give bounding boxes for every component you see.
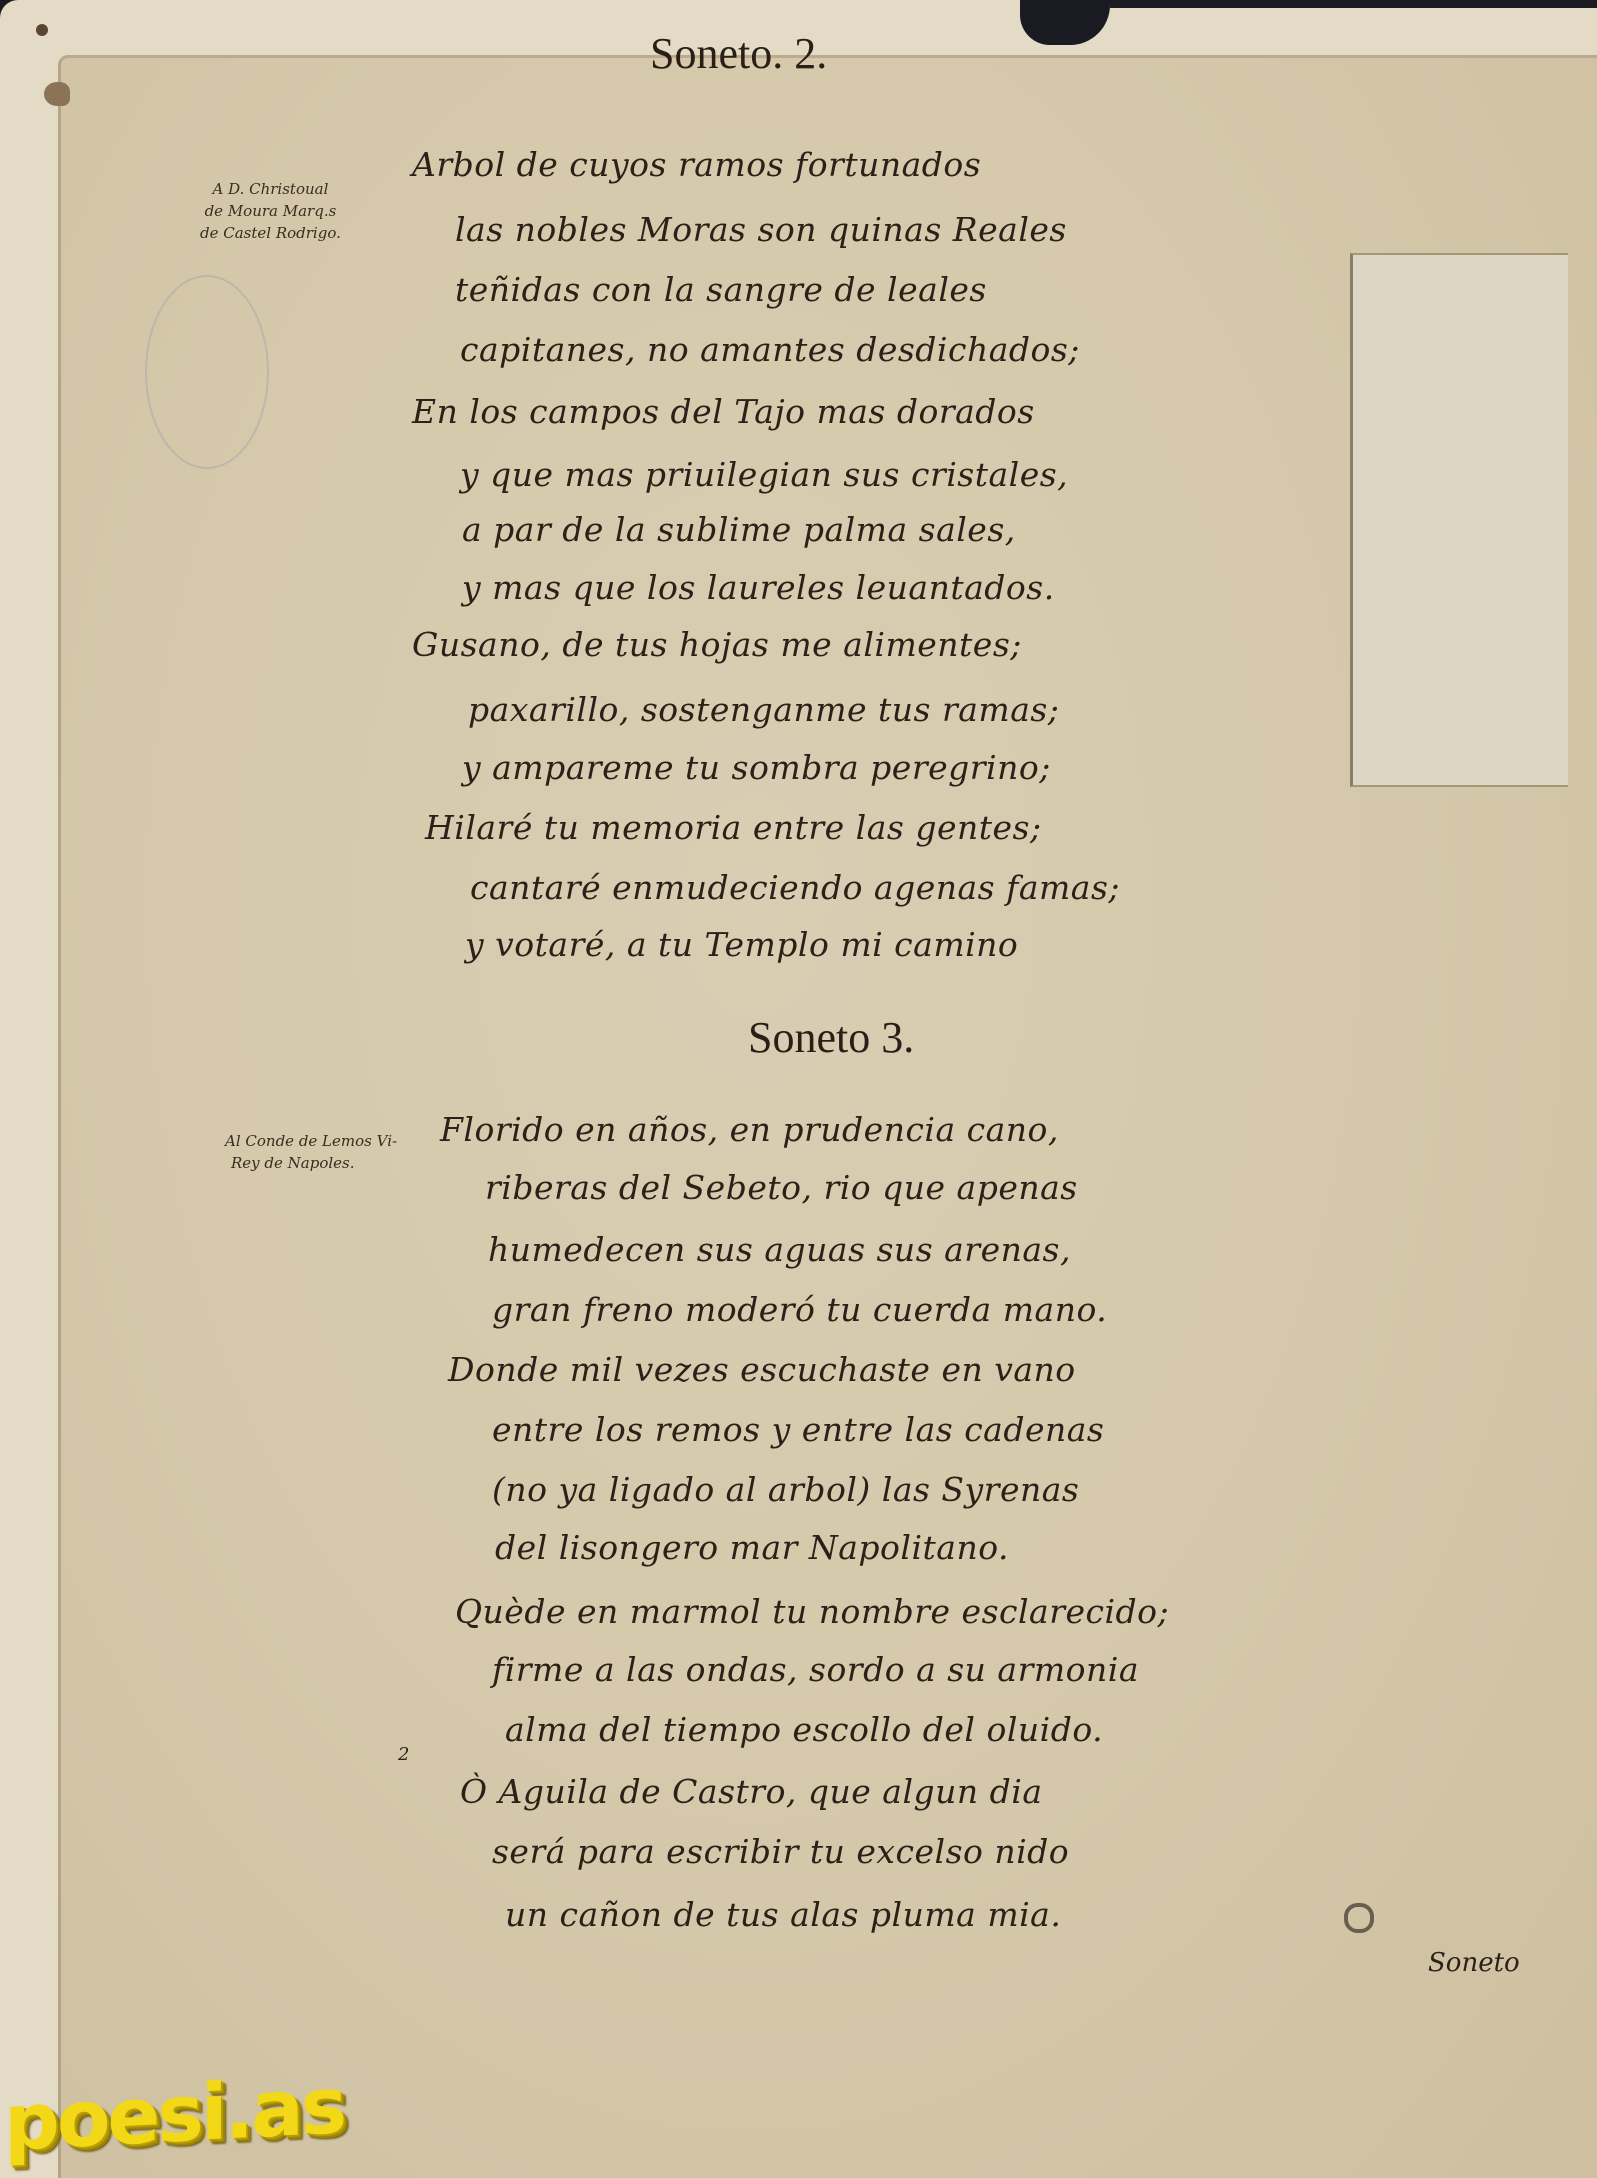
verse-line: y votaré, a tu Templo mi camino [465,925,1018,964]
verse-line: del lisongero mar Napolitano. [495,1528,1009,1567]
dedication-line: Al Conde de Lemos Vi- [225,1130,397,1152]
dedication-line: de Castel Rodrigo. [200,222,341,244]
torn-edge [1020,0,1110,45]
verse-line: a par de la sublime palma sales, [462,510,1016,549]
poesias-logo[interactable]: poesi.as [4,2061,344,2169]
verse-line: las nobles Moras son quinas Reales [455,210,1067,249]
verse-line: teñidas con la sangre de leales [455,270,987,309]
verse-line: Hilaré tu memoria entre las gentes; [425,808,1042,847]
dedication-line: A D. Christoual [200,178,341,200]
verse-line: capitanes, no amantes desdichados; [460,330,1080,369]
verse-line: alma del tiempo escollo del oluido. [505,1710,1103,1749]
sonnet-3-dedication: Al Conde de Lemos Vi- Rey de Napoles. [225,1130,397,1174]
verse-line: Gusano, de tus hojas me alimentes; [412,625,1022,664]
verse-line: y que mas priuilegian sus cristales, [460,455,1068,494]
ink-stain [44,82,70,106]
sonnet-2-title: Soneto. 2. [650,28,827,79]
verse-line: (no ya ligado al arbol) las Syrenas [492,1470,1079,1509]
binding-hole [36,24,48,36]
sonnet-3-title: Soneto 3. [748,1012,914,1063]
verse-line: paxarillo, sostenganme tus ramas; [468,690,1059,729]
verse-line: gran freno moderó tu cuerda mano. [492,1290,1107,1329]
verse-line: Ò Aguila de Castro, que algun dia [460,1772,1043,1811]
sonnet-2-dedication: A D. Christoual de Moura Marq.s de Caste… [200,178,341,244]
verse-line: será para escribir tu excelso nido [492,1832,1069,1871]
verse-line: y ampareme tu sombra peregrino; [462,748,1051,787]
library-stamp [145,275,269,469]
ink-blot [1344,1903,1374,1933]
dedication-line: Rey de Napoles. [225,1152,397,1174]
verse-line: entre los remos y entre las cadenas [492,1410,1104,1449]
dedication-line: de Moura Marq.s [200,200,341,222]
page-edge-shadow [1110,0,1597,8]
verse-line: y mas que los laureles leuantados. [462,568,1055,607]
verse-line: firme a las ondas, sordo a su armonia [492,1650,1139,1689]
verse-line: Donde mil vezes escuchaste en vano [448,1350,1076,1389]
marginal-number: 2 [398,1744,409,1765]
verse-line: Arbol de cuyos ramos fortunados [412,145,981,184]
manuscript-page: Soneto. 2. A D. Christoual de Moura Marq… [0,0,1597,2178]
verse-line: En los campos del Tajo mas dorados [412,392,1035,431]
verse-line: Quède en marmol tu nombre esclarecido; [455,1592,1169,1631]
verse-line: riberas del Sebeto, rio que apenas [485,1168,1078,1207]
verse-line: un cañon de tus alas pluma mia. [505,1895,1061,1934]
catchword: Soneto [1428,1948,1520,1978]
verse-line: cantaré enmudeciendo agenas famas; [470,868,1120,907]
pasted-paper-slip [1350,253,1568,787]
verse-line: Florido en años, en prudencia cano, [440,1110,1059,1149]
verse-line: humedecen sus aguas sus arenas, [488,1230,1071,1269]
